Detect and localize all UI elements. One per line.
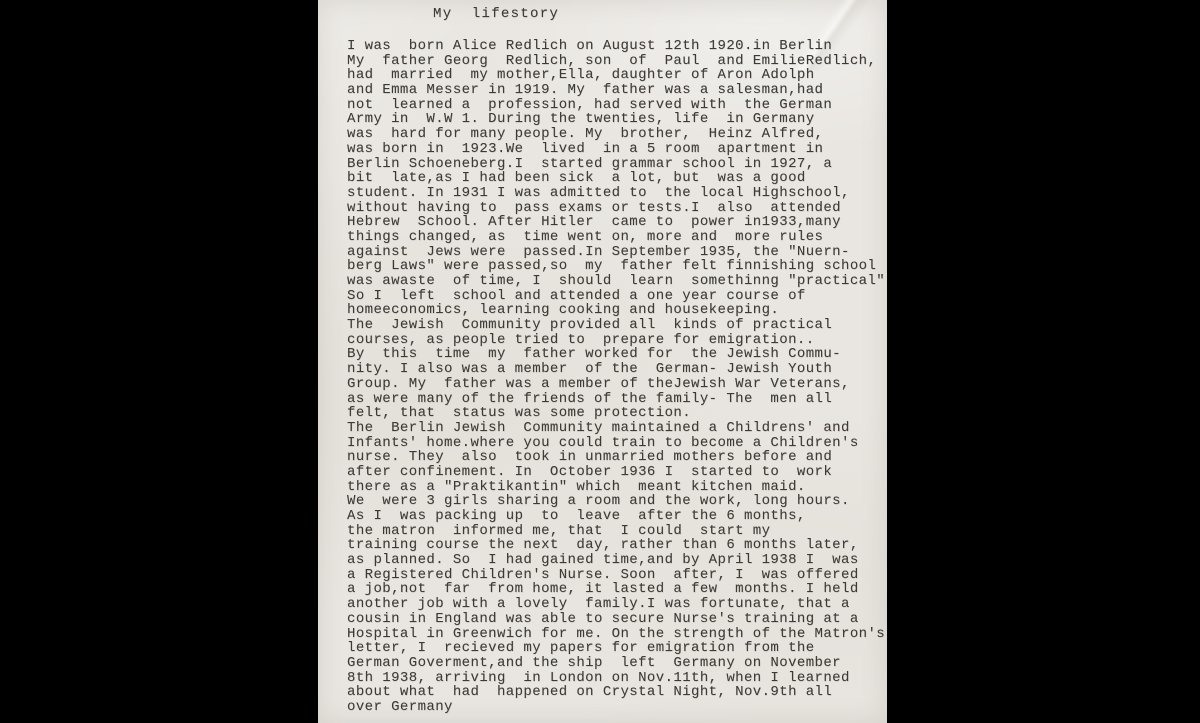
- page-background: My lifestory I was born Alice Redlich on…: [0, 0, 1200, 723]
- text-line: as were many of the friends of the famil…: [347, 392, 883, 407]
- document-body: I was born Alice Redlich on August 12th …: [347, 39, 883, 715]
- text-line: As I was packing up to leave after the 6…: [347, 509, 883, 524]
- text-line: By this time my father worked for the Je…: [347, 347, 883, 362]
- text-line: student. In 1931 I was admitted to the l…: [347, 186, 883, 201]
- text-line: nity. I also was a member of the German-…: [347, 362, 883, 377]
- text-line: Hebrew School. After Hitler came to powe…: [347, 215, 883, 230]
- text-line: Hospital in Greenwich for me. On the str…: [347, 627, 883, 642]
- text-line: without having to pass exams or tests.I …: [347, 201, 883, 216]
- text-line: about what had happened on Crystal Night…: [347, 685, 883, 700]
- text-line: felt, that status was some protection.: [347, 406, 883, 421]
- text-line: Army in W.W 1. During the twenties, life…: [347, 112, 883, 127]
- text-line: a Registered Children's Nurse. Soon afte…: [347, 568, 883, 583]
- text-line: bit late,as I had been sick a lot, but w…: [347, 171, 883, 186]
- text-line: was born in 1923.We lived in a 5 room ap…: [347, 142, 883, 157]
- text-line: Group. My father was a member of theJewi…: [347, 377, 883, 392]
- text-line: was hard for many people. My brother, He…: [347, 127, 883, 142]
- text-line: another job with a lovely family.I was f…: [347, 597, 883, 612]
- text-line: So I left school and attended a one year…: [347, 289, 883, 304]
- text-line: The Jewish Community provided all kinds …: [347, 318, 883, 333]
- text-line: cousin in England was able to secure Nur…: [347, 612, 883, 627]
- text-line: nurse. They also took in unmarried mothe…: [347, 450, 883, 465]
- text-line: the matron informed me, that I could sta…: [347, 524, 883, 539]
- text-line: training course the next day, rather tha…: [347, 538, 883, 553]
- text-line: Infants' home.where you could train to b…: [347, 436, 883, 451]
- text-line: after confinement. In October 1936 I sta…: [347, 465, 883, 480]
- text-line: was awaste of time, I should learn somet…: [347, 274, 883, 289]
- text-line: things changed, as time went on, more an…: [347, 230, 883, 245]
- text-line: had married my mother,Ella, daughter of …: [347, 68, 883, 83]
- text-line: homeeconomics, learning cooking and hous…: [347, 303, 883, 318]
- text-line: and Emma Messer in 1919. My father was a…: [347, 83, 883, 98]
- text-line: against Jews were passed.In September 19…: [347, 245, 883, 260]
- text-line: 8th 1938, arriving in London on Nov.11th…: [347, 671, 883, 686]
- text-line: Berlin Schoeneberg.I started grammar sch…: [347, 157, 883, 172]
- text-line: My father Georg Redlich, son of Paul and…: [347, 54, 883, 69]
- document-page: My lifestory I was born Alice Redlich on…: [318, 0, 887, 723]
- document-title: My lifestory: [433, 7, 559, 22]
- text-line: berg Laws" were passed,so my father felt…: [347, 259, 883, 274]
- text-line: not learned a profession, had served wit…: [347, 98, 883, 113]
- text-line: there as a "Praktikantin" which meant ki…: [347, 480, 883, 495]
- text-line: courses, as people tried to prepare for …: [347, 333, 883, 348]
- text-line: over Germany: [347, 700, 883, 715]
- text-line: I was born Alice Redlich on August 12th …: [347, 39, 883, 54]
- text-line: letter, I recieved my papers for emigrat…: [347, 641, 883, 656]
- text-line: We were 3 girls sharing a room and the w…: [347, 494, 883, 509]
- text-line: as planned. So I had gained time,and by …: [347, 553, 883, 568]
- text-line: German Goverment,and the ship left Germa…: [347, 656, 883, 671]
- text-line: a job,not far from home, it lasted a few…: [347, 582, 883, 597]
- text-line: The Berlin Jewish Community maintained a…: [347, 421, 883, 436]
